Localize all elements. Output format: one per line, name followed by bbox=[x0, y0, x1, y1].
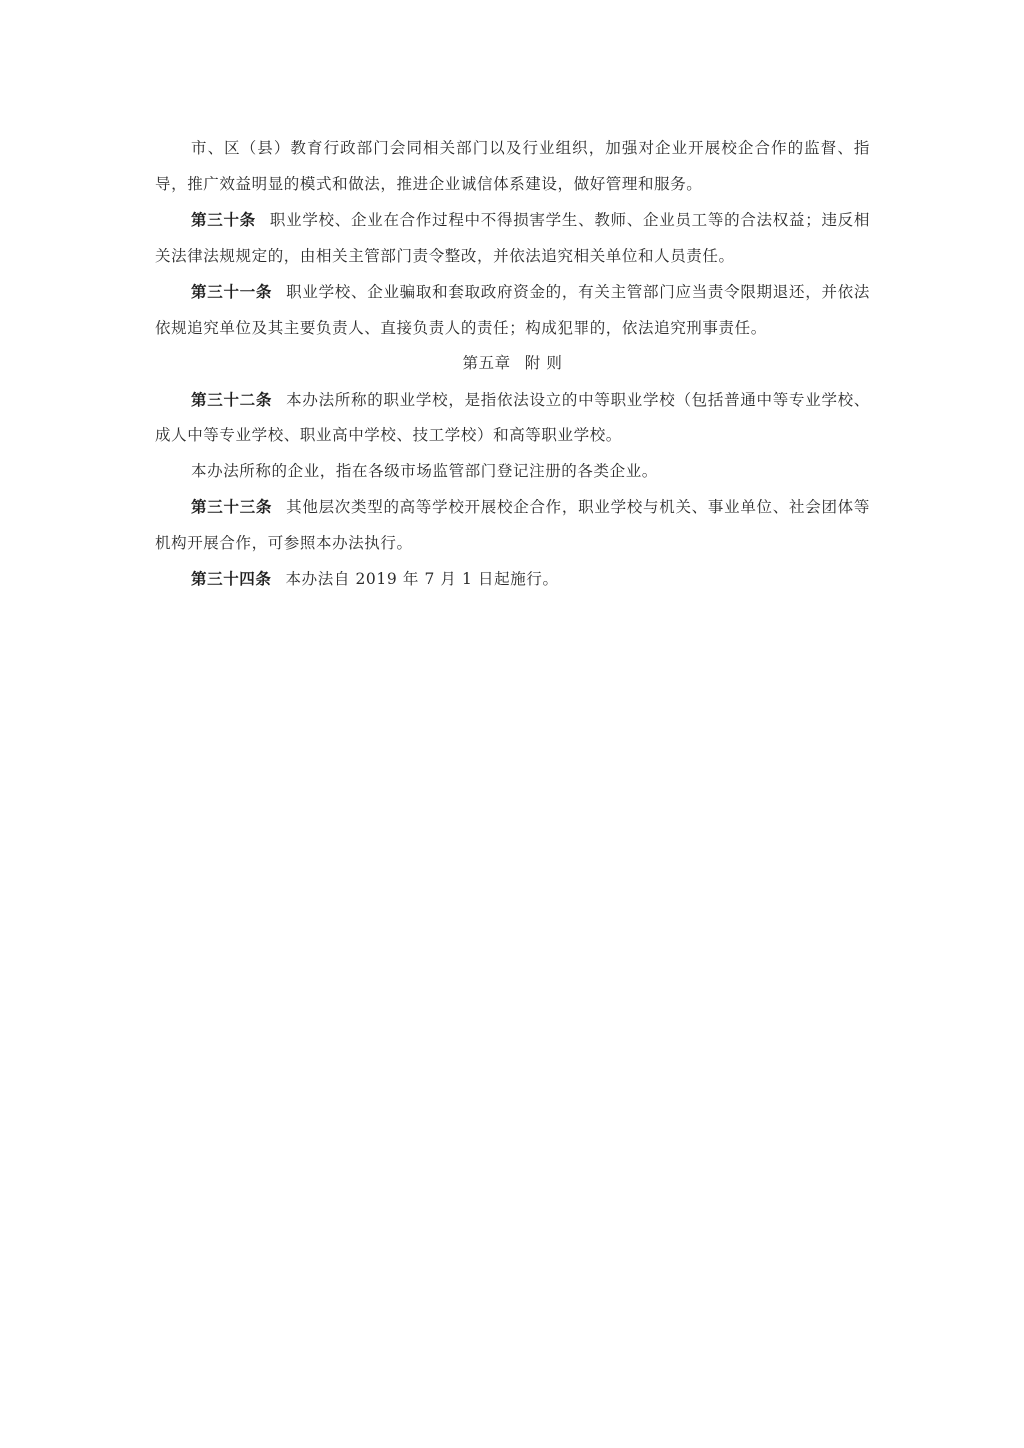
paragraph-text: 市、区（县）教育行政部门会同相关部门以及行业组织，加强对企业开展校企合作的监督、… bbox=[155, 139, 870, 193]
paragraph-text: 本办法所称的企业，指在各级市场监管部门登记注册的各类企业。 bbox=[191, 462, 658, 480]
article-number: 第三十三条 bbox=[191, 497, 272, 516]
article-text: 职业学校、企业在合作过程中不得损害学生、教师、企业员工等的合法权益；违反相关法律… bbox=[155, 211, 870, 265]
document-page: 市、区（县）教育行政部门会同相关部门以及行业组织，加强对企业开展校企合作的监督、… bbox=[155, 131, 870, 598]
article-30: 第三十条职业学校、企业在合作过程中不得损害学生、教师、企业员工等的合法权益；违反… bbox=[155, 202, 870, 274]
paragraph-enterprise-definition: 本办法所称的企业，指在各级市场监管部门登记注册的各类企业。 bbox=[155, 454, 870, 490]
chapter-number: 第五章 bbox=[462, 354, 510, 372]
article-32: 第三十二条本办法所称的职业学校，是指依法设立的中等职业学校（包括普通中等专业学校… bbox=[155, 382, 870, 454]
article-34: 第三十四条本办法自 2019 年 7 月 1 日起施行。 bbox=[155, 561, 870, 598]
chapter-heading: 第五章附 则 bbox=[155, 346, 870, 382]
paragraph-supervision: 市、区（县）教育行政部门会同相关部门以及行业组织，加强对企业开展校企合作的监督、… bbox=[155, 131, 870, 202]
article-number: 第三十一条 bbox=[191, 282, 272, 301]
article-number: 第三十四条 bbox=[191, 569, 272, 588]
chapter-title: 附 则 bbox=[525, 354, 563, 372]
article-text: 本办法自 2019 年 7 月 1 日起施行。 bbox=[286, 570, 559, 588]
article-number: 第三十条 bbox=[191, 210, 256, 229]
article-33: 第三十三条其他层次类型的高等学校开展校企合作，职业学校与机关、事业单位、社会团体… bbox=[155, 489, 870, 561]
article-31: 第三十一条职业学校、企业骗取和套取政府资金的，有关主管部门应当责令限期退还，并依… bbox=[155, 274, 870, 346]
article-number: 第三十二条 bbox=[191, 390, 272, 409]
